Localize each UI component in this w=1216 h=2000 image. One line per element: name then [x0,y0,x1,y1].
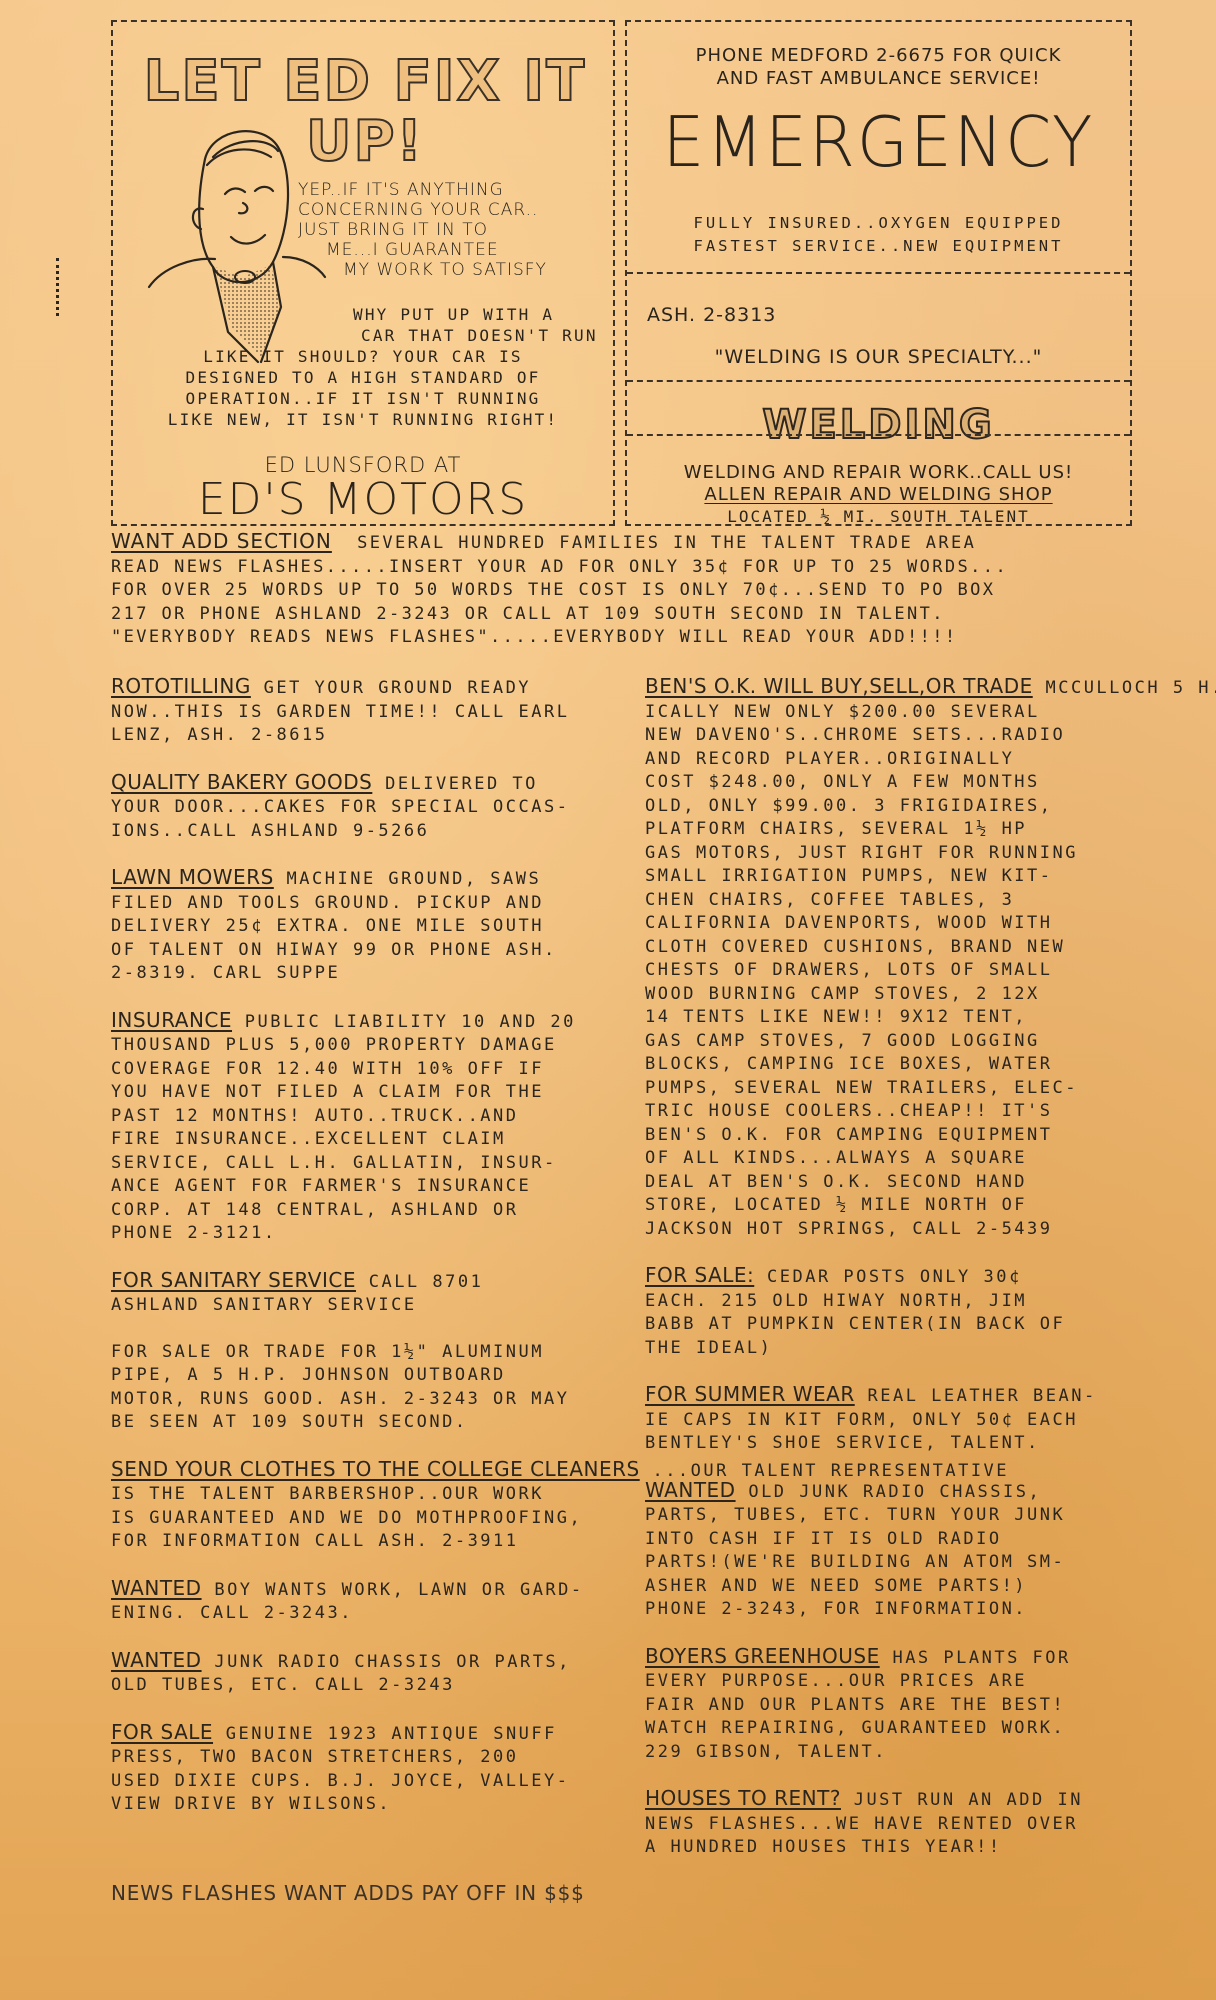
want-ad-text: BOY WANTS WORK, LAWN OR GARD- [214,1580,583,1600]
want-ad-line: WATCH REPAIRING, GUARANTEED WORK. [645,1717,1150,1741]
want-ad-text: FOR SALE OR TRADE FOR 1½" ALUMINUM [111,1342,544,1362]
want-ad-line: FOR SALE OR TRADE FOR 1½" ALUMINUM [111,1341,631,1365]
want-ad-line: DEAL AT BEN'S O.K. SECOND HAND [645,1171,1150,1195]
welding-slogan: "WELDING IS OUR SPECIALTY..." [627,346,1130,368]
want-ad-text: BEN'S O.K. FOR CAMPING EQUIPMENT [645,1125,1053,1145]
want-ad-text: THOUSAND PLUS 5,000 PROPERTY DAMAGE [111,1035,557,1055]
want-ad-text: BE SEEN AT 109 SOUTH SECOND. [111,1412,468,1432]
want-ad-text: VIEW DRIVE BY WILSONS. [111,1794,391,1814]
want-ad-line: AND RECORD PLAYER..ORIGINALLY [645,748,1150,772]
want-ad-line: PARTS!(WE'RE BUILDING AN ATOM SM- [645,1551,1150,1575]
want-ad-intro: WANT ADD SECTION SEVERAL HUNDRED FAMILIE… [111,530,1141,650]
want-ad-line: BOYERS GREENHOUSE HAS PLANTS FOR [645,1645,1150,1671]
want-ad-text: JUST RUN AN ADD IN [854,1790,1083,1810]
want-ad-item: FOR SANITARY SERVICE CALL 8701ASHLAND SA… [111,1269,631,1318]
ed-quote-line: CONCERNING YOUR CAR.. [298,200,603,220]
want-ad-text: INTO CASH IF IT IS OLD RADIO [645,1529,1002,1549]
want-ad-text: MOTOR, RUNS GOOD. ASH. 2-3243 OR MAY [111,1389,569,1409]
want-ad-text: DEAL AT BEN'S O.K. SECOND HAND [645,1172,1027,1192]
want-ad-text: ASHER AND WE NEED SOME PARTS!) [645,1576,1027,1596]
want-ad-heading: WANT ADD SECTION [111,529,332,553]
ed-quote-line: ME...I GUARANTEE [298,240,603,260]
ambulance-welding-ad: PHONE MEDFORD 2-6675 FOR QUICK AND FAST … [625,20,1132,526]
want-ad-text: ICALLY NEW ONLY $200.00 SEVERAL [645,702,1040,722]
intro-line: "EVERYBODY READS NEWS FLASHES".....EVERY… [111,626,1141,650]
want-ad-line: CALIFORNIA DAVENPORTS, WOOD WITH [645,912,1150,936]
want-ad-item: FOR SALE GENUINE 1923 ANTIQUE SNUFFPRESS… [111,1721,631,1817]
want-ad-text: FILED AND TOOLS GROUND. PICKUP AND [111,893,544,913]
want-ad-line: COVERAGE FOR 12.40 WITH 10% OFF IF [111,1058,631,1082]
want-ad-text: AND RECORD PLAYER..ORIGINALLY [645,749,1014,769]
want-ad-text: MCCULLOCH 5 H.P. CHAIN SAW, PRACT- [1045,678,1216,698]
want-ad-item: INSURANCE PUBLIC LIABILITY 10 AND 20THOU… [111,1009,631,1246]
want-ad-text: ENING. CALL 2-3243. [111,1603,353,1623]
want-ad-text: PARTS, TUBES, ETC. TURN YOUR JUNK [645,1505,1065,1525]
want-ad-line: WANTED BOY WANTS WORK, LAWN OR GARD- [111,1577,631,1603]
want-ad-text: PUBLIC LIABILITY 10 AND 20 [245,1012,576,1032]
welding-title: WELDING [627,402,1130,448]
want-ad-line: ASHER AND WE NEED SOME PARTS!) [645,1575,1150,1599]
want-ad-line: 2-8319. CARL SUPPE [111,962,631,986]
want-ad-line: ANCE AGENT FOR FARMER'S INSURANCE [111,1175,631,1199]
want-ad-line: IS GUARANTEED AND WE DO MOTHPROOFING, [111,1507,631,1531]
want-ad-line: PARTS, TUBES, ETC. TURN YOUR JUNK [645,1504,1150,1528]
want-ad-text: 2-8319. CARL SUPPE [111,963,340,983]
ed-body-line: LIKE IT SHOULD? YOUR CAR IS [123,346,603,367]
want-ad-line: LAWN MOWERS MACHINE GROUND, SAWS [111,866,631,892]
want-ad-text: CEDAR POSTS ONLY 30¢ [767,1267,1022,1287]
want-ad-text: BLOCKS, CAMPING ICE BOXES, WATER [645,1054,1053,1074]
want-ad-text: OF ALL KINDS...ALWAYS A SQUARE [645,1148,1027,1168]
want-ad-item: QUALITY BAKERY GOODS DELIVERED TOYOUR DO… [111,771,631,844]
want-ad-item: SEND YOUR CLOTHES TO THE COLLEGE CLEANER… [111,1458,631,1554]
want-ad-line: PUMPS, SEVERAL NEW TRAILERS, ELEC- [645,1077,1150,1101]
intro-line: SEVERAL HUNDRED FAMILIES IN THE TALENT T… [357,533,976,553]
want-ad-text: NEW DAVENO'S..CHROME SETS...RADIO [645,725,1065,745]
eds-motors-name: ED'S MOTORS [113,474,613,525]
want-ad-line: 229 GIBSON, TALENT. [645,1741,1150,1765]
want-ad-line: YOU HAVE NOT FILED A CLAIM FOR THE [111,1081,631,1105]
want-ad-line: MOTOR, RUNS GOOD. ASH. 2-3243 OR MAY [111,1388,631,1412]
want-ad-line: 14 TENTS LIKE NEW!! 9X12 TENT, [645,1006,1150,1030]
want-ad-item: FOR SUMMER WEAR REAL LEATHER BEAN-IE CAP… [645,1383,1150,1456]
want-ad-line: NOW..THIS IS GARDEN TIME!! CALL EARL [111,701,631,725]
want-ad-line: FOR SANITARY SERVICE CALL 8701 [111,1269,631,1295]
want-ad-line: WOOD BURNING CAMP STOVES, 2 12X [645,983,1150,1007]
want-ad-text: OLD JUNK RADIO CHASSIS, [748,1482,1041,1502]
ambulance-feature: FULLY INSURED..OXYGEN EQUIPPED [627,212,1130,235]
want-ad-text: THE IDEAL) [645,1338,772,1358]
want-ad-line: NEWS FLASHES...WE HAVE RENTED OVER [645,1813,1150,1837]
want-ad-heading: ROTOTILLING [111,674,251,698]
ed-body-line: CAR THAT DOESN'T RUN [123,325,603,346]
want-ad-text: ANCE AGENT FOR FARMER'S INSURANCE [111,1176,531,1196]
want-ad-text: ASHLAND SANITARY SERVICE [111,1295,417,1315]
want-ad-text: DELIVERED TO [385,774,538,794]
eds-motors-ad: LET ED FIX IT UP! YEP..IF IT'S ANYTHING … [111,20,615,526]
want-ad-heading: FOR SALE: [645,1263,754,1287]
want-ad-item: WANTED BOY WANTS WORK, LAWN OR GARD-ENIN… [111,1577,631,1626]
want-ad-line: SMALL IRRIGATION PUMPS, NEW KIT- [645,865,1150,889]
want-ad-heading: FOR SUMMER WEAR [645,1382,855,1406]
want-ad-heading: FOR SANITARY SERVICE [111,1268,356,1292]
want-ad-heading: QUALITY BAKERY GOODS [111,770,372,794]
want-ad-line: SEND YOUR CLOTHES TO THE COLLEGE CLEANER… [111,1458,631,1484]
want-ad-text: GET YOUR GROUND READY [264,678,531,698]
want-ad-line: WANTED OLD JUNK RADIO CHASSIS, [645,1479,1150,1505]
want-ad-text: 229 GIBSON, TALENT. [645,1742,887,1762]
want-ad-text: USED DIXIE CUPS. B.J. JOYCE, VALLEY- [111,1771,569,1791]
want-ad-item: WANTED JUNK RADIO CHASSIS OR PARTS,OLD T… [111,1649,631,1698]
want-ad-text: YOU HAVE NOT FILED A CLAIM FOR THE [111,1082,544,1102]
want-ad-line: CHEN CHAIRS, COFFEE TABLES, 3 [645,889,1150,913]
want-ad-text: CHEN CHAIRS, COFFEE TABLES, 3 [645,890,1014,910]
want-ad-line: PIPE, A 5 H.P. JOHNSON OUTBOARD [111,1364,631,1388]
want-ad-line: PLATFORM CHAIRS, SEVERAL 1½ HP [645,818,1150,842]
want-ad-line: PRESS, TWO BACON STRETCHERS, 200 [111,1746,631,1770]
want-ad-text: 14 TENTS LIKE NEW!! 9X12 TENT, [645,1007,1027,1027]
ed-body-line: WHY PUT UP WITH A [123,304,603,325]
want-ad-text: EVERY PURPOSE...OUR PRICES ARE [645,1671,1027,1691]
want-ad-item: FOR SALE: CEDAR POSTS ONLY 30¢EACH. 215 … [645,1264,1150,1360]
want-ad-text: IS GUARANTEED AND WE DO MOTHPROOFING, [111,1508,582,1528]
want-ad-line: FOR INFORMATION CALL ASH. 2-3911 [111,1530,631,1554]
intro-line: READ NEWS FLASHES.....INSERT YOUR AD FOR… [111,556,1141,580]
want-ad-heading: WANTED [645,1478,736,1502]
want-ad-line: QUALITY BAKERY GOODS DELIVERED TO [111,771,631,797]
want-ad-text: PHONE 2-3121. [111,1223,277,1243]
intro-line: 217 OR PHONE ASHLAND 2-3243 OR CALL AT 1… [111,603,1141,627]
want-ad-item: BEN'S O.K. WILL BUY,SELL,OR TRADE MCCULL… [645,675,1150,1241]
want-ad-text: A HUNDRED HOUSES THIS YEAR!! [645,1837,1002,1857]
intro-line: FOR OVER 25 WORDS UP TO 50 WORDS THE COS… [111,579,1141,603]
want-ad-line: ROTOTILLING GET YOUR GROUND READY [111,675,631,701]
want-ad-line: BEN'S O.K. FOR CAMPING EQUIPMENT [645,1124,1150,1148]
want-ad-text: CALL 8701 [369,1272,484,1292]
want-ad-text: FOR INFORMATION CALL ASH. 2-3911 [111,1531,519,1551]
want-ad-line: OF TALENT ON HIWAY 99 OR PHONE ASH. [111,939,631,963]
want-ad-text: HAS PLANTS FOR [892,1648,1070,1668]
want-ad-text: CLOTH COVERED CUSHIONS, BRAND NEW [645,937,1065,957]
welding-phone: ASH. 2-8313 [647,304,776,326]
want-ad-line: COST $248.00, ONLY A FEW MONTHS [645,771,1150,795]
want-ad-text: STORE, LOCATED ½ MILE NORTH OF [645,1195,1027,1215]
want-ad-text: IS THE TALENT BARBERSHOP..OUR WORK [111,1484,544,1504]
want-ad-text: OLD TUBES, ETC. CALL 2-3243 [111,1675,455,1695]
welding-location: LOCATED ½ MI. SOUTH TALENT [627,506,1130,528]
want-ad-text: SERVICE, CALL L.H. GALLATIN, INSUR- [111,1153,557,1173]
want-ad-line: USED DIXIE CUPS. B.J. JOYCE, VALLEY- [111,1770,631,1794]
want-ad-line: JACKSON HOT SPRINGS, CALL 2-5439 [645,1218,1150,1242]
want-ad-text: FIRE INSURANCE..EXCELLENT CLAIM [111,1129,506,1149]
want-ad-heading: HOUSES TO RENT? [645,1786,841,1810]
want-ad-line: EACH. 215 OLD HIWAY NORTH, JIM [645,1290,1150,1314]
want-ad-text: LENZ, ASH. 2-8615 [111,725,328,745]
want-ad-line: IONS..CALL ASHLAND 9-5266 [111,820,631,844]
want-ad-item: ROTOTILLING GET YOUR GROUND READYNOW..TH… [111,675,631,748]
want-ad-line: FILED AND TOOLS GROUND. PICKUP AND [111,892,631,916]
ambulance-phone: PHONE MEDFORD 2-6675 FOR QUICK AND FAST … [627,44,1130,90]
want-ad-text: PHONE 2-3243, FOR INFORMATION. [645,1599,1027,1619]
want-ad-line: ICALLY NEW ONLY $200.00 SEVERAL [645,701,1150,725]
want-ad-heading: LAWN MOWERS [111,865,274,889]
want-ad-heading: SEND YOUR CLOTHES TO THE COLLEGE CLEANER… [111,1457,640,1481]
want-ad-line: CORP. AT 148 CENTRAL, ASHLAND OR [111,1199,631,1223]
want-ad-text: DELIVERY 25¢ EXTRA. ONE MILE SOUTH [111,916,544,936]
want-ad-line: NEW DAVENO'S..CHROME SETS...RADIO [645,724,1150,748]
want-ad-line: IE CAPS IN KIT FORM, ONLY 50¢ EACH [645,1409,1150,1433]
want-ad-heading: BEN'S O.K. WILL BUY,SELL,OR TRADE [645,674,1033,698]
ambulance-features: FULLY INSURED..OXYGEN EQUIPPED FASTEST S… [627,212,1130,258]
want-ad-item: BOYERS GREENHOUSE HAS PLANTS FOREVERY PU… [645,1645,1150,1765]
ed-quote-line: MY WORK TO SATISFY [298,260,603,280]
want-ad-text: EACH. 215 OLD HIWAY NORTH, JIM [645,1291,1027,1311]
want-ad-line: BLOCKS, CAMPING ICE BOXES, WATER [645,1053,1150,1077]
want-ad-line: PAST 12 MONTHS! AUTO..TRUCK..AND [111,1105,631,1129]
want-ad-text: GENUINE 1923 ANTIQUE SNUFF [226,1724,557,1744]
want-ad-item: HOUSES TO RENT? JUST RUN AN ADD INNEWS F… [645,1787,1150,1860]
want-ad-item: WANTED OLD JUNK RADIO CHASSIS,PARTS, TUB… [645,1479,1150,1622]
want-ad-text: IONS..CALL ASHLAND 9-5266 [111,821,429,841]
want-ad-line: GAS MOTORS, JUST RIGHT FOR RUNNING [645,842,1150,866]
want-ad-text: COVERAGE FOR 12.40 WITH 10% OFF IF [111,1059,544,1079]
ed-body-line: OPERATION..IF IT ISN'T RUNNING [123,388,603,409]
want-ad-line: YOUR DOOR...CAKES FOR SPECIAL OCCAS- [111,796,631,820]
want-ad-line: OLD TUBES, ETC. CALL 2-3243 [111,1674,631,1698]
want-ad-text: PUMPS, SEVERAL NEW TRAILERS, ELEC- [645,1078,1078,1098]
ed-quote-line: JUST BRING IT IN TO [298,220,603,240]
ed-body: WHY PUT UP WITH A CAR THAT DOESN'T RUN L… [123,304,603,430]
want-ad-text: JUNK RADIO CHASSIS OR PARTS, [214,1652,571,1672]
want-ad-text: COST $248.00, ONLY A FEW MONTHS [645,772,1040,792]
want-ad-line: GAS CAMP STOVES, 7 GOOD LOGGING [645,1030,1150,1054]
ed-quote-line: YEP..IF IT'S ANYTHING [298,180,603,200]
want-ad-text: JACKSON HOT SPRINGS, CALL 2-5439 [645,1219,1053,1239]
welding-info: WELDING AND REPAIR WORK..CALL US! ALLEN … [627,462,1130,528]
want-ad-line: BENTLEY'S SHOE SERVICE, TALENT. [645,1432,1150,1456]
margin-marks [56,258,63,316]
want-ad-line: FOR SALE: CEDAR POSTS ONLY 30¢ [645,1264,1150,1290]
want-ad-line: BE SEEN AT 109 SOUTH SECOND. [111,1411,631,1435]
want-ad-line: FAIR AND OUR PLANTS ARE THE BEST! [645,1694,1150,1718]
want-ad-line: PHONE 2-3243, FOR INFORMATION. [645,1598,1150,1622]
want-ad-line: IS THE TALENT BARBERSHOP..OUR WORK [111,1483,631,1507]
want-ad-text: WOOD BURNING CAMP STOVES, 2 12X [645,984,1040,1004]
divider [627,272,1130,274]
want-ad-line: THE IDEAL) [645,1337,1150,1361]
want-ad-line: HOUSES TO RENT? JUST RUN AN ADD IN [645,1787,1150,1813]
want-ad-line: ASHLAND SANITARY SERVICE [111,1294,631,1318]
want-ad-text: OLD, ONLY $99.00. 3 FRIGIDAIRES, [645,796,1053,816]
want-ad-line: STORE, LOCATED ½ MILE NORTH OF [645,1194,1150,1218]
want-ad-line: TRIC HOUSE COOLERS..CHEAP!! IT'S [645,1100,1150,1124]
want-ad-heading: WANTED [111,1648,202,1672]
want-ad-line: CHESTS OF DRAWERS, LOTS OF SMALL [645,959,1150,983]
want-ad-heading: BOYERS GREENHOUSE [645,1644,880,1668]
want-ad-item: LAWN MOWERS MACHINE GROUND, SAWSFILED AN… [111,866,631,986]
welding-call-line: WELDING AND REPAIR WORK..CALL US! [627,462,1130,484]
ambulance-feature: FASTEST SERVICE..NEW EQUIPMENT [627,235,1130,258]
ed-quote: YEP..IF IT'S ANYTHING CONCERNING YOUR CA… [298,180,603,280]
want-ad-heading: WANTED [111,1576,202,1600]
want-ad-text: GAS CAMP STOVES, 7 GOOD LOGGING [645,1031,1040,1051]
want-ad-text: BENTLEY'S SHOE SERVICE, TALENT. [645,1433,1040,1453]
want-ad-text: OF TALENT ON HIWAY 99 OR PHONE ASH. [111,940,557,960]
want-ad-text: PARTS!(WE'RE BUILDING AN ATOM SM- [645,1552,1065,1572]
want-ad-text: CALIFORNIA DAVENPORTS, WOOD WITH [645,913,1053,933]
want-ad-text: WATCH REPAIRING, GUARANTEED WORK. [645,1718,1065,1738]
want-ad-text: NOW..THIS IS GARDEN TIME!! CALL EARL [111,702,569,722]
want-ad-line: OLD, ONLY $99.00. 3 FRIGIDAIRES, [645,795,1150,819]
want-ad-item: FOR SALE OR TRADE FOR 1½" ALUMINUMPIPE, … [111,1341,631,1435]
want-ad-line: FIRE INSURANCE..EXCELLENT CLAIM [111,1128,631,1152]
want-ad-heading: INSURANCE [111,1008,232,1032]
ambulance-phone-line: PHONE MEDFORD 2-6675 FOR QUICK [627,44,1130,67]
want-ad-text: YOUR DOOR...CAKES FOR SPECIAL OCCAS- [111,797,569,817]
welding-shop-name: ALLEN REPAIR AND WELDING SHOP [627,484,1130,506]
want-ad-line: VIEW DRIVE BY WILSONS. [111,1793,631,1817]
want-ad-text: PIPE, A 5 H.P. JOHNSON OUTBOARD [111,1365,506,1385]
want-ad-text: GAS MOTORS, JUST RIGHT FOR RUNNING [645,843,1078,863]
emergency-title: EMERGENCY [627,102,1130,183]
want-ad-text: FAIR AND OUR PLANTS ARE THE BEST! [645,1695,1065,1715]
want-ad-line: SERVICE, CALL L.H. GALLATIN, INSUR- [111,1152,631,1176]
want-ad-text: REAL LEATHER BEAN- [867,1386,1096,1406]
want-ad-text: PLATFORM CHAIRS, SEVERAL 1½ HP [645,819,1027,839]
left-column-ads: ROTOTILLING GET YOUR GROUND READYNOW..TH… [111,675,631,1840]
want-ad-text: CORP. AT 148 CENTRAL, ASHLAND OR [111,1200,519,1220]
want-ad-text: PAST 12 MONTHS! AUTO..TRUCK..AND [111,1106,519,1126]
want-ad-line: FOR SUMMER WEAR REAL LEATHER BEAN- [645,1383,1150,1409]
want-ad-text: IE CAPS IN KIT FORM, ONLY 50¢ EACH [645,1410,1078,1430]
want-ad-line: FOR SALE GENUINE 1923 ANTIQUE SNUFF [111,1721,631,1747]
want-ad-line: LENZ, ASH. 2-8615 [111,724,631,748]
footer-slogan: NEWS FLASHES WANT ADDS PAY OFF IN $$$ [111,1881,585,1905]
want-ad-line: PHONE 2-3121. [111,1222,631,1246]
want-ad-line: INTO CASH IF IT IS OLD RADIO [645,1528,1150,1552]
want-ad-text: PRESS, TWO BACON STRETCHERS, 200 [111,1747,519,1767]
want-ad-line: WANTED JUNK RADIO CHASSIS OR PARTS, [111,1649,631,1675]
want-ad-text: TRIC HOUSE COOLERS..CHEAP!! IT'S [645,1101,1053,1121]
want-ad-line: OF ALL KINDS...ALWAYS A SQUARE [645,1147,1150,1171]
want-ad-line: CLOTH COVERED CUSHIONS, BRAND NEW [645,936,1150,960]
want-ad-heading: FOR SALE [111,1720,213,1744]
want-ad-text: SMALL IRRIGATION PUMPS, NEW KIT- [645,866,1053,886]
want-ad-line: A HUNDRED HOUSES THIS YEAR!! [645,1836,1150,1860]
right-column-ads: BEN'S O.K. WILL BUY,SELL,OR TRADE MCCULL… [645,675,1150,1883]
want-ad-text: NEWS FLASHES...WE HAVE RENTED OVER [645,1814,1078,1834]
want-ad-line: EVERY PURPOSE...OUR PRICES ARE [645,1670,1150,1694]
want-ad-text: BABB AT PUMPKIN CENTER(IN BACK OF [645,1314,1065,1334]
divider [627,380,1130,382]
ed-body-line: LIKE NEW, IT ISN'T RUNNING RIGHT! [123,409,603,430]
divider [627,434,1130,436]
ambulance-phone-line: AND FAST AMBULANCE SERVICE! [627,67,1130,90]
ed-body-line: DESIGNED TO A HIGH STANDARD OF [123,367,603,388]
want-ad-line: INSURANCE PUBLIC LIABILITY 10 AND 20 [111,1009,631,1035]
want-ad-line: BABB AT PUMPKIN CENTER(IN BACK OF [645,1313,1150,1337]
want-ad-line: DELIVERY 25¢ EXTRA. ONE MILE SOUTH [111,915,631,939]
want-ad-line: THOUSAND PLUS 5,000 PROPERTY DAMAGE [111,1034,631,1058]
want-ad-text: MACHINE GROUND, SAWS [287,869,542,889]
want-ad-line: ENING. CALL 2-3243. [111,1602,631,1626]
want-ad-text: CHESTS OF DRAWERS, LOTS OF SMALL [645,960,1053,980]
want-ad-line: BEN'S O.K. WILL BUY,SELL,OR TRADE MCCULL… [645,675,1150,701]
